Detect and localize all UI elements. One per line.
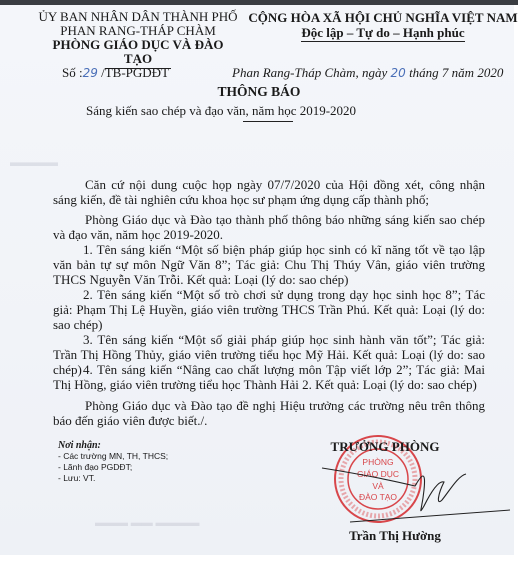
reference-suffix: /TB-PGDĐT: [101, 65, 169, 80]
reference-number: Số :29 /TB-PGDĐT: [62, 65, 169, 81]
paragraph-basis: Căn cứ nội dung cuộc họp ngày 07/7/2020 …: [53, 177, 485, 207]
national-motto: Độc lập – Tự do – Hạnh phúc: [301, 25, 464, 42]
authority-line-1: ỦY BAN NHÂN DÂN THÀNH PHỐ: [38, 10, 238, 24]
list-item: 1. Tên sáng kiến “Một số biện pháp giúp …: [53, 242, 485, 287]
subtitle-underline: [243, 121, 293, 122]
document-subtitle: Sáng kiến sao chép và đạo văn, năm học 2…: [86, 103, 356, 119]
list-item: 4. Tên sáng kiến “Nâng cao chất lượng mô…: [53, 362, 485, 392]
reference-handwritten-number: 29: [83, 66, 98, 80]
recipient-item: - Lưu: VT.: [58, 473, 168, 484]
authority-line-2: PHAN RANG-THÁP CHÀM: [38, 24, 238, 38]
bleed-through-text: ▬▬▬▬: [10, 155, 58, 170]
recipient-item: - Các trường MN, TH, THCS;: [58, 451, 168, 462]
reference-prefix: Số :: [62, 65, 83, 80]
place-and-date: Phan Rang-Tháp Chàm, ngày 20 tháng 7 năm…: [232, 65, 503, 81]
national-title: CỘNG HÒA XÃ HỘI CHỦ NGHĨA VIỆT NAM: [248, 10, 518, 25]
recipients-label: Nơi nhận:: [58, 440, 168, 451]
issuing-authority: ỦY BAN NHÂN DÂN THÀNH PHỐ PHAN RANG-THÁP…: [38, 10, 238, 69]
recipients-block: Nơi nhận: - Các trường MN, TH, THCS; - L…: [58, 440, 168, 484]
signatory-name: Trần Thị Hường: [335, 528, 455, 544]
paragraph-announcement: Phòng Giáo dục và Đào tạo thành phố thôn…: [53, 212, 485, 242]
authority-line-3: PHÒNG GIÁO DỤC VÀ ĐÀO TẠO: [38, 38, 238, 66]
national-header: CỘNG HÒA XÃ HỘI CHỦ NGHĨA VIỆT NAM Độc l…: [248, 10, 518, 42]
date-handwritten-day: 20: [391, 66, 406, 80]
bleed-through-text: ▬▬▬ ▬▬ ▬▬▬▬: [95, 517, 200, 529]
recipient-item: - Lãnh đạo PGDĐT;: [58, 462, 168, 473]
signatory-title: TRƯỞNG PHÒNG: [325, 439, 445, 455]
date-prefix: Phan Rang-Tháp Chàm, ngày: [232, 65, 391, 80]
date-suffix: tháng 7 năm 2020: [406, 65, 504, 80]
document-title: THÔNG BÁO: [0, 84, 518, 100]
paragraph-closing: Phòng Giáo dục và Đào tạo đề nghị Hiệu t…: [53, 398, 485, 428]
list-item: 2. Tên sáng kiến “Một số trò chơi sử dụn…: [53, 287, 485, 332]
